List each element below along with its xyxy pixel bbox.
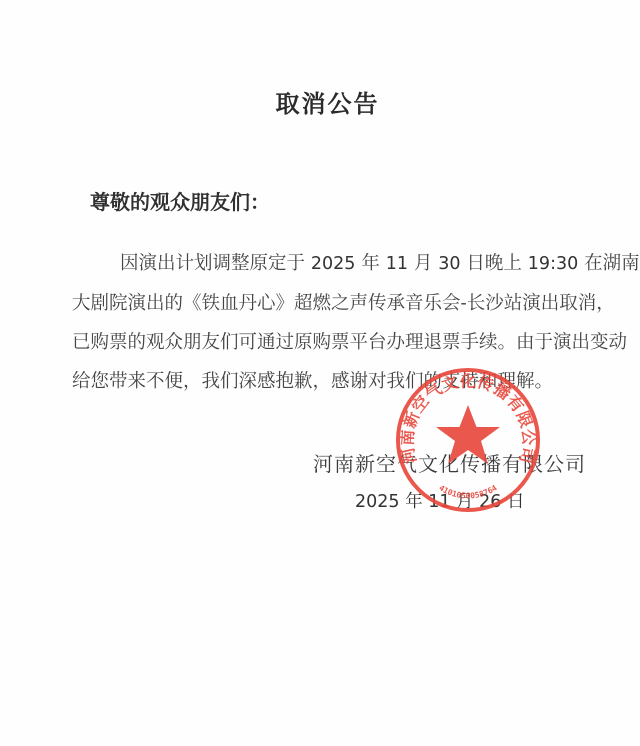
body-text-segment: 在湖南 (578, 253, 639, 274)
event-year: 2025 (311, 254, 356, 274)
document-page: 取消公告 尊敬的观众朋友们： 因演出计划调整原定于 2025 年 11 月 30… (0, 0, 640, 746)
body-line-2: 大剧院演出的《铁血丹心》超燃之声传承音乐会-长沙站演出取消， (72, 284, 602, 323)
body-text-segment: 年 (355, 253, 385, 274)
salutation: 尊敬的观众朋友们： (90, 186, 270, 215)
company-seal-stamp: 河南新空气文化传播有限公司 4101050058764 (393, 365, 543, 515)
seal-code-text: 4101050058764 (437, 483, 499, 500)
event-time: 19:30 (528, 254, 578, 274)
body-text-segment: 月 (408, 253, 438, 274)
body-line-1: 因演出计划调整原定于 2025 年 11 月 30 日晚上 19:30 在湖南 (72, 244, 602, 284)
body-line-3: 已购票的观众朋友们可通过原购票平台办理退票手续。由于演出变动 (72, 323, 602, 362)
event-month: 11 (386, 254, 408, 274)
event-day: 30 (438, 254, 460, 274)
page-title: 取消公告 (15, 84, 640, 119)
body-text-segment: 因演出计划调整原定于 (120, 253, 311, 274)
body-text-segment: 日晚上 (461, 253, 528, 274)
star-icon (436, 405, 500, 464)
